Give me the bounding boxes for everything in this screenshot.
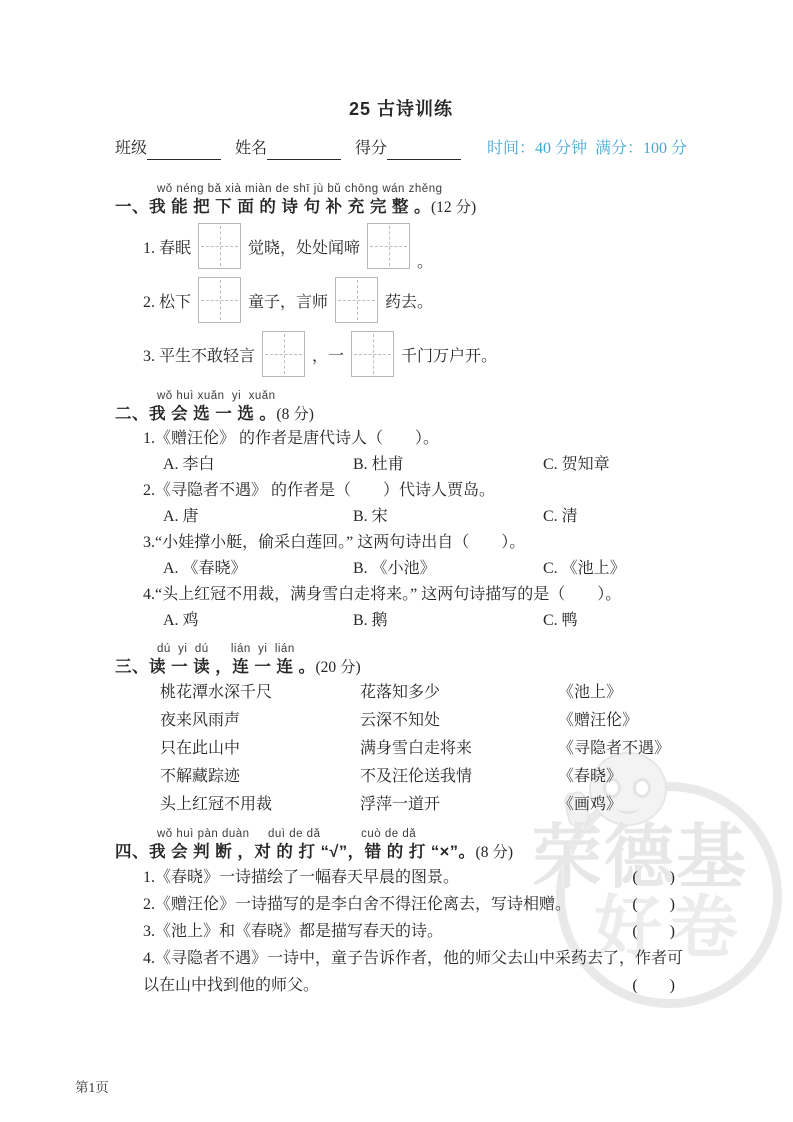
section-multiple-choice: wǒ huì xuǎn yi xuǎn 二、我 会 选 一 选 。(8 分) 1… bbox=[115, 389, 687, 634]
choice-question-text: 2.《寻隐者不遇》 的作者是（ ）代诗人贾岛。 bbox=[143, 478, 687, 504]
choice-option-row: A. 李白B. 杜甫C. 贺知章 bbox=[163, 452, 687, 478]
fill-question: 2. 松下童子，言师药去。 bbox=[143, 273, 687, 327]
match-row: 桃花潭水深千尺花落知多少《池上》 bbox=[160, 679, 687, 707]
match-row: 不解藏踪迹不及汪伦送我情《春晓》 bbox=[160, 763, 687, 791]
section-4-heading: 四、我 会 判 断 ，对 的 打 “√”，错 的 打 “×”。(8 分) bbox=[115, 841, 687, 864]
match-poem-title: 《寻隐者不遇》 bbox=[558, 735, 670, 763]
page-number: 第1页 bbox=[75, 1076, 109, 1096]
answer-box bbox=[367, 223, 410, 269]
match-poem-title: 《春晓》 bbox=[558, 763, 622, 791]
section-2-pinyin: wǒ huì xuǎn yi xuǎn bbox=[157, 389, 687, 403]
section-4-pinyin: wǒ huì pàn duàn duì de dǎ cuò de dǎ bbox=[157, 827, 687, 841]
choice-option-row: A. 《春晓》B. 《小池》C. 《池上》 bbox=[163, 556, 687, 582]
judge-item: 4.《寻隐者不遇》一诗中，童子告诉作者，他的师父去山中采药去了，作者可以在山中找… bbox=[143, 945, 687, 999]
match-poem-title: 《赠汪伦》 bbox=[558, 707, 638, 735]
match-left-phrase: 桃花潭水深千尺 bbox=[160, 679, 360, 707]
section-1-pinyin: wǒ néng bǎ xià miàn de shī jù bǔ chōng w… bbox=[157, 182, 687, 196]
header-row: 班级 姓名 得分 时间：40 分钟 满分：100 分 bbox=[115, 138, 687, 160]
name-blank-line bbox=[267, 142, 341, 160]
class-blank-line bbox=[147, 142, 221, 160]
choice-question-text: 3.“小娃撑小艇，偷采白莲回。” 这两句诗出自（ ）。 bbox=[143, 530, 687, 556]
match-middle-phrase: 满身雪白走将来 bbox=[360, 735, 558, 763]
judge-item: 2.《赠汪伦》一诗描写的是李白舍不得汪伦离去，写诗相赠。( ) bbox=[143, 891, 687, 918]
judge-text: 4.《寻隐者不遇》一诗中，童子告诉作者，他的师父去山中采药去了，作者可以在山中找… bbox=[143, 950, 683, 994]
choice-option: A. 李白 bbox=[163, 452, 353, 478]
match-poem-title: 《池上》 bbox=[558, 679, 622, 707]
match-row: 只在此山中满身雪白走将来《寻隐者不遇》 bbox=[160, 735, 687, 763]
choice-question-list: 1.《赠汪伦》 的作者是唐代诗人（ ）。A. 李白B. 杜甫C. 贺知章2.《寻… bbox=[115, 426, 687, 634]
judge-text: 2.《赠汪伦》一诗描写的是李白舍不得汪伦离去，写诗相赠。 bbox=[143, 896, 571, 913]
match-row: 头上红冠不用裁浮萍一道开《画鸡》 bbox=[160, 791, 687, 819]
choice-option: C. 《池上》 bbox=[543, 556, 626, 582]
choice-option: A. 《春晓》 bbox=[163, 556, 353, 582]
choice-option: B. 杜甫 bbox=[353, 452, 543, 478]
answer-paren: ( ) bbox=[632, 972, 675, 999]
worksheet-page: 荣德基 好卷 25 古诗训练 班级 姓名 得分 时间：40 分钟 满分：100 … bbox=[0, 0, 793, 1122]
answer-box bbox=[198, 277, 241, 323]
name-label: 姓名 bbox=[235, 138, 267, 160]
match-left-phrase: 头上红冠不用裁 bbox=[160, 791, 360, 819]
question-text: 1. 春眠 bbox=[143, 235, 191, 258]
answer-paren: ( ) bbox=[632, 864, 675, 891]
match-row: 夜来风雨声云深不知处《赠汪伦》 bbox=[160, 707, 687, 735]
match-left-phrase: 只在此山中 bbox=[160, 735, 360, 763]
question-text: 2. 松下 bbox=[143, 289, 191, 312]
question-text: 药去。 bbox=[385, 289, 433, 312]
question-text: 。 bbox=[417, 253, 433, 273]
section-true-false: wǒ huì pàn duàn duì de dǎ cuò de dǎ 四、我 … bbox=[115, 827, 687, 999]
question-text: 童子，言师 bbox=[248, 289, 328, 312]
answer-box bbox=[335, 277, 378, 323]
section-fill-in: wǒ néng bǎ xià miàn de shī jù bǔ chōng w… bbox=[115, 182, 687, 381]
time-and-total-score: 时间：40 分钟 满分：100 分 bbox=[487, 138, 687, 160]
section-3-pinyin: dú yi dú lián yi lián bbox=[157, 642, 687, 656]
question-text: 3. 平生不敢轻言 bbox=[143, 343, 255, 366]
answer-paren: ( ) bbox=[632, 918, 675, 945]
match-middle-phrase: 花落知多少 bbox=[360, 679, 558, 707]
question-text: ，一 bbox=[312, 343, 344, 366]
score-field: 得分 bbox=[355, 138, 461, 160]
choice-option: A. 唐 bbox=[163, 504, 353, 530]
fill-question-list: 1. 春眠觉晓，处处闻啼。2. 松下童子，言师药去。3. 平生不敢轻言，一千门万… bbox=[115, 219, 687, 381]
answer-box bbox=[198, 223, 241, 269]
choice-option: B. 宋 bbox=[353, 504, 543, 530]
judge-item-list: 1.《春晓》一诗描绘了一幅春天早晨的图景。( )2.《赠汪伦》一诗描写的是李白舍… bbox=[115, 864, 687, 999]
choice-option-row: A. 鸡B. 鹅C. 鸭 bbox=[163, 608, 687, 634]
name-field: 姓名 bbox=[235, 138, 341, 160]
choice-question-text: 1.《赠汪伦》 的作者是唐代诗人（ ）。 bbox=[143, 426, 687, 452]
match-left-phrase: 夜来风雨声 bbox=[160, 707, 360, 735]
judge-item: 1.《春晓》一诗描绘了一幅春天早晨的图景。( ) bbox=[143, 864, 687, 891]
match-left-phrase: 不解藏踪迹 bbox=[160, 763, 360, 791]
page-title: 25 古诗训练 bbox=[115, 96, 687, 122]
fill-question: 1. 春眠觉晓，处处闻啼。 bbox=[143, 219, 687, 273]
match-middle-phrase: 不及汪伦送我情 bbox=[360, 763, 558, 791]
choice-option: C. 鸭 bbox=[543, 608, 578, 634]
answer-box bbox=[262, 331, 305, 377]
choice-option: B. 鹅 bbox=[353, 608, 543, 634]
section-1-heading: 一、我 能 把 下 面 的 诗 句 补 充 完 整 。(12 分) bbox=[115, 196, 687, 219]
matching-list: 桃花潭水深千尺花落知多少《池上》夜来风雨声云深不知处《赠汪伦》只在此山中满身雪白… bbox=[115, 679, 687, 819]
question-text: 千门万户开。 bbox=[401, 343, 497, 366]
class-field: 班级 bbox=[115, 138, 221, 160]
section-3-heading: 三、读 一 读 ，连 一 连 。(20 分) bbox=[115, 656, 687, 679]
choice-option: B. 《小池》 bbox=[353, 556, 543, 582]
choice-option: A. 鸡 bbox=[163, 608, 353, 634]
choice-question-text: 4.“头上红冠不用裁，满身雪白走将来。” 这两句诗描写的是（ ）。 bbox=[143, 582, 687, 608]
answer-paren: ( ) bbox=[632, 891, 675, 918]
judge-text: 3.《池上》和《春晓》都是描写春天的诗。 bbox=[143, 923, 443, 940]
match-middle-phrase: 云深不知处 bbox=[360, 707, 558, 735]
worksheet-content: 25 古诗训练 班级 姓名 得分 时间：40 分钟 满分：100 分 wǒ né… bbox=[115, 96, 687, 999]
choice-option: C. 清 bbox=[543, 504, 578, 530]
judge-item: 3.《池上》和《春晓》都是描写春天的诗。( ) bbox=[143, 918, 687, 945]
fill-question: 3. 平生不敢轻言，一千门万户开。 bbox=[143, 327, 687, 381]
section-2-heading: 二、我 会 选 一 选 。(8 分) bbox=[115, 403, 687, 426]
match-middle-phrase: 浮萍一道开 bbox=[360, 791, 558, 819]
match-poem-title: 《画鸡》 bbox=[558, 791, 622, 819]
class-label: 班级 bbox=[115, 138, 147, 160]
score-label: 得分 bbox=[355, 138, 387, 160]
section-matching: dú yi dú lián yi lián 三、读 一 读 ，连 一 连 。(2… bbox=[115, 642, 687, 819]
question-text: 觉晓，处处闻啼 bbox=[248, 235, 360, 258]
choice-option: C. 贺知章 bbox=[543, 452, 610, 478]
answer-box bbox=[351, 331, 394, 377]
choice-option-row: A. 唐B. 宋C. 清 bbox=[163, 504, 687, 530]
judge-text: 1.《春晓》一诗描绘了一幅春天早晨的图景。 bbox=[143, 869, 459, 886]
score-blank-line bbox=[387, 142, 461, 160]
